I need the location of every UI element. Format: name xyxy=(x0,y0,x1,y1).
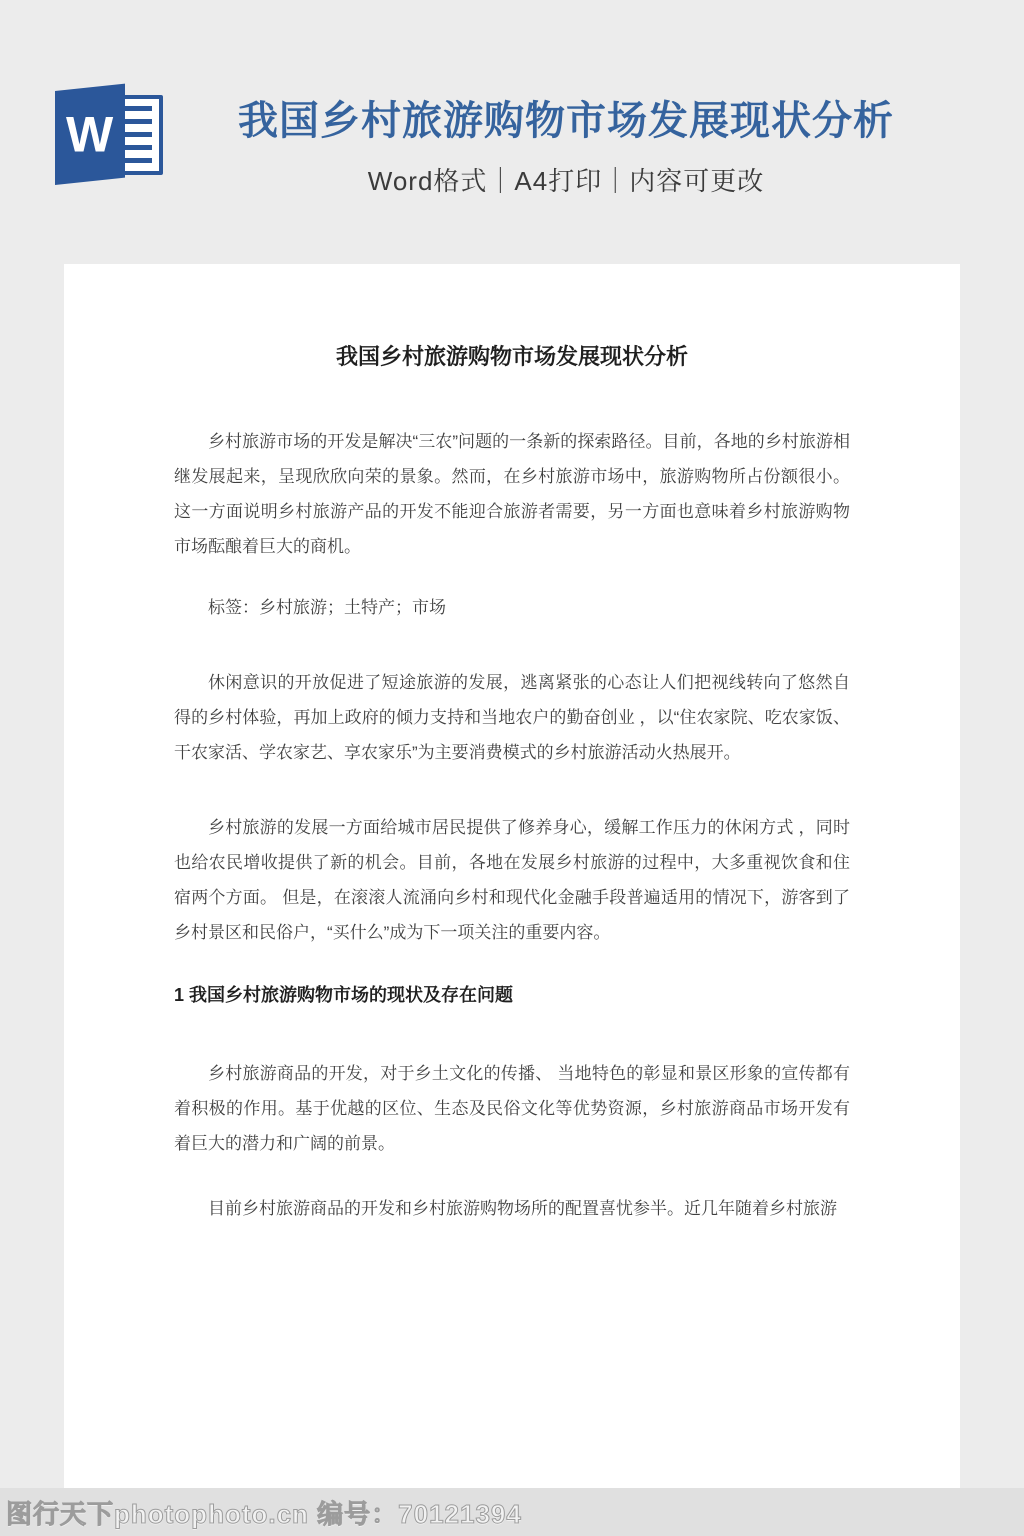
watermark-text: 图行天下photophoto.cn 编号：70121394 xyxy=(6,1494,522,1531)
tags-line: 标签：乡村旅游；土特产；市场 xyxy=(174,590,850,625)
paragraph-leisure: 休闲意识的开放促进了短途旅游的发展，逃离紧张的心态让人们把视线转向了悠然自得的乡… xyxy=(174,665,850,770)
paragraph-development: 乡村旅游的发展一方面给城市居民提供了修养身心，缓解工作压力的休闲方式 ，同时也给… xyxy=(174,810,850,950)
paragraph-goods: 乡村旅游商品的开发，对于乡土文化的传播、 当地特色的彰显和景区形象的宣传都有着积… xyxy=(174,1056,850,1161)
word-w-badge-icon: W xyxy=(55,84,125,185)
section-heading-1: 1 我国乡村旅游购物市场的现状及存在问题 xyxy=(174,982,850,1008)
document-title: 我国乡村旅游购物市场发展现状分析 xyxy=(174,342,850,372)
paragraph-current: 目前乡村旅游商品的开发和乡村旅游购物场所的配置喜忧参半。近几年随着乡村旅游 xyxy=(174,1191,850,1226)
document-body: 乡村旅游市场的开发是解决“三农”问题的一条新的探索路径。目前，各地的乡村旅游相继… xyxy=(174,424,850,1226)
paragraph-intro: 乡村旅游市场的开发是解决“三农”问题的一条新的探索路径。目前，各地的乡村旅游相继… xyxy=(174,424,850,564)
document-page: 我国乡村旅游购物市场发展现状分析 乡村旅游市场的开发是解决“三农”问题的一条新的… xyxy=(64,264,960,1497)
watermark-footer: 图行天下photophoto.cn 编号：70121394 xyxy=(0,1488,1024,1536)
template-title: 我国乡村旅游购物市场发展现状分析 xyxy=(163,97,969,145)
template-subtitle: Word格式｜A4打印｜内容可更改 xyxy=(163,161,969,198)
header-text-block: 我国乡村旅游购物市场发展现状分析 Word格式｜A4打印｜内容可更改 xyxy=(163,85,969,198)
preview-header: W 我国乡村旅游购物市场发展现状分析 Word格式｜A4打印｜内容可更改 xyxy=(0,0,1024,198)
word-logo-icon: W xyxy=(55,85,163,191)
word-logo-letter: W xyxy=(66,109,113,159)
